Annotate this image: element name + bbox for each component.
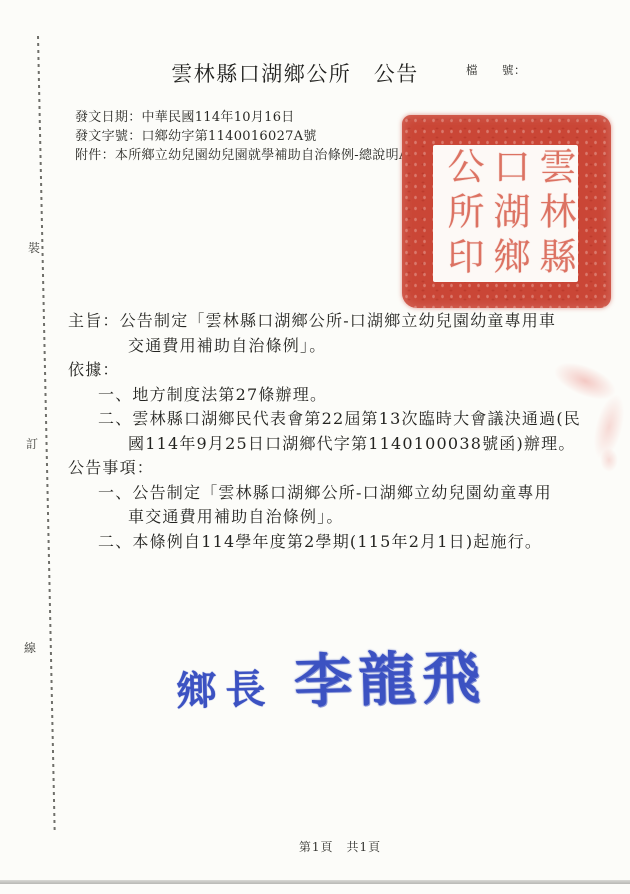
- seal-text: 雲林縣口湖鄉公所印: [433, 145, 578, 282]
- matters-item-2: 二、本條例自114學年度第2學期(115年2月1日)起施行。: [68, 530, 588, 555]
- red-ink-smudge: [588, 392, 629, 462]
- scanned-official-announcement: 裝 訂 線 檔 號： 保存年限： 雲林縣口湖鄉公所 公告 發文日期：中華民國11…: [0, 0, 630, 894]
- document-title: 雲林縣口湖鄉公所 公告: [0, 58, 590, 88]
- matters-item-1-cont: 車交通費用補助自治條例」。: [68, 505, 588, 530]
- official-red-seal: 雲林縣口湖鄉公所印: [402, 115, 611, 308]
- subject-line: 主旨：公告制定「雲林縣口湖鄉公所-口湖鄉立幼兒園幼童專用車: [68, 309, 588, 334]
- attachment-line: 附件：本所鄉立幼兒園幼兒園就學補助自治條例-總說明A: [75, 146, 409, 165]
- basis-item-2-cont: 國114年9月25日口湖鄉代字第1140100038號函)辦理。: [68, 432, 588, 457]
- doc-number-line: 發文字號：口鄉幼字第1140016027A號: [75, 127, 409, 146]
- mayor-signature-stamp: 鄉長 李龍飛: [175, 630, 487, 722]
- binding-mark-ding: 訂: [26, 435, 38, 452]
- matters-item-1: 一、公告制定「雲林縣口湖鄉公所-口湖鄉立幼兒園幼童專用: [68, 481, 588, 506]
- mayor-title: 鄉長: [176, 657, 275, 717]
- basis-item-1: 一、地方制度法第27條辦理。: [68, 383, 588, 408]
- page-number: 第1頁 共1頁: [50, 838, 630, 855]
- seal-inner-face: 雲林縣口湖鄉公所印: [433, 145, 578, 282]
- basis-heading: 依據：: [68, 358, 588, 383]
- matters-heading: 公告事項：: [68, 456, 588, 481]
- scan-edge-artifact: [0, 880, 630, 884]
- binding-dotted-line: [37, 36, 56, 834]
- binding-mark-xian: 線: [24, 639, 36, 656]
- issue-date-line: 發文日期：中華民國114年10月16日: [75, 108, 409, 127]
- mayor-name-signature: 李龍飛: [293, 630, 487, 719]
- binding-mark-zhuang: 裝: [28, 239, 40, 256]
- announcement-body: 主旨：公告制定「雲林縣口湖鄉公所-口湖鄉立幼兒園幼童專用車 交通費用補助自治條例…: [68, 309, 588, 554]
- subject-line-cont: 交通費用補助自治條例」。: [68, 334, 588, 359]
- basis-item-2: 二、雲林縣口湖鄉民代表會第22屆第13次臨時大會議決通過(民: [68, 407, 588, 432]
- issuance-meta-block: 發文日期：中華民國114年10月16日 發文字號：口鄉幼字第1140016027…: [75, 108, 409, 165]
- red-ink-smudge: [600, 448, 618, 472]
